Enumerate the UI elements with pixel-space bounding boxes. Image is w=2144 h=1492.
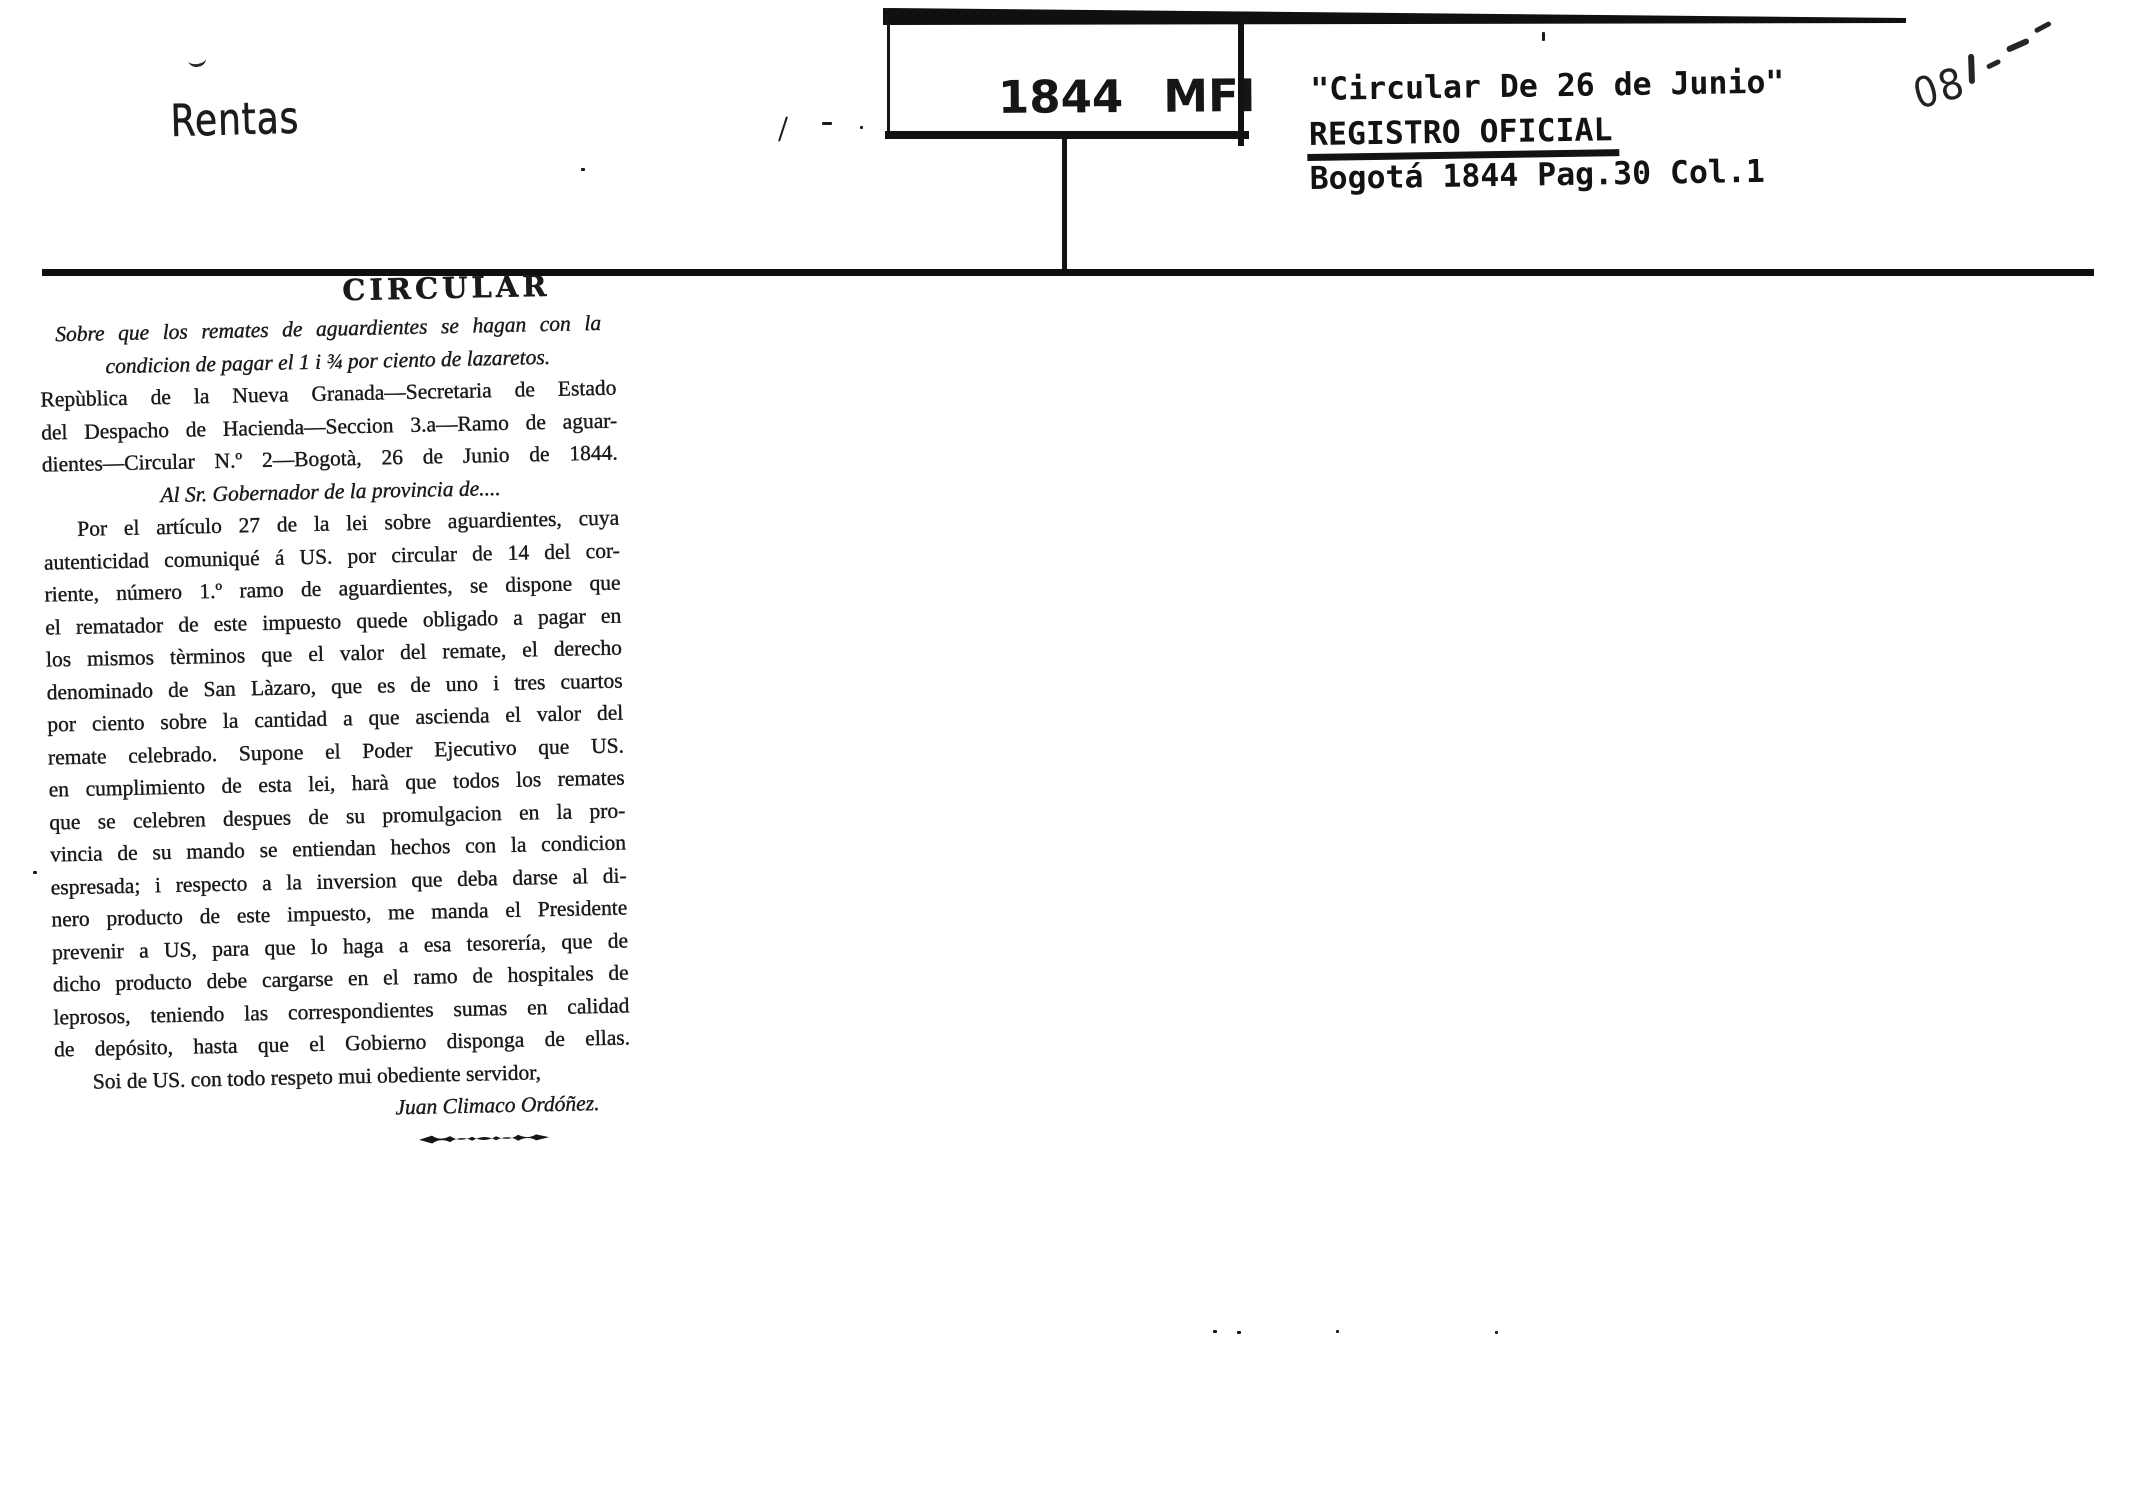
citation-source: REGISTRO OFICIAL [1309, 112, 1613, 153]
index-code: MFI [1163, 69, 1256, 123]
document-scan: Rentas 1844 MFI "Circular De 26 de Junio… [0, 0, 2144, 1492]
scan-artifact [581, 168, 585, 171]
citation-block: "Circular De 26 de Junio" REGISTRO OFICI… [1308, 64, 1850, 202]
faded-pen-stroke [2034, 21, 2052, 34]
scan-artifact [1213, 1330, 1217, 1333]
printer-ornament [418, 1129, 550, 1148]
faded-pen-stroke [1968, 54, 1975, 84]
scan-artifact [778, 116, 788, 141]
connector-line [1062, 136, 1067, 272]
index-box: 1844 MFI [998, 69, 1256, 124]
citation-reference: Bogotá 1844 Pag.30 Col.1 [1309, 154, 1765, 197]
faded-pen-stroke [1986, 59, 2002, 70]
scan-artifact [1495, 1331, 1498, 1334]
top-rule [878, 4, 1918, 30]
pen-mark [187, 51, 207, 68]
index-year: 1844 [998, 70, 1124, 124]
scan-artifact [1542, 32, 1545, 41]
scan-artifact [822, 122, 832, 125]
scan-artifact [1336, 1330, 1339, 1333]
index-box-left-border [887, 22, 890, 132]
scan-artifact [860, 126, 863, 129]
citation-title: "Circular De 26 de Junio" [1310, 65, 1785, 108]
article: CIRCULAR Sobre que los remates de aguard… [38, 267, 632, 1165]
scan-artifact [1237, 1331, 1241, 1334]
handwritten-digits: 08 [1908, 57, 1971, 118]
handwritten-number: 08 [1900, 3, 2105, 132]
index-box-bottom-border [885, 131, 1249, 139]
rentas-handwriting: Rentas [170, 93, 300, 147]
scan-artifact [33, 871, 37, 874]
faded-pen-stroke [2006, 38, 2030, 53]
